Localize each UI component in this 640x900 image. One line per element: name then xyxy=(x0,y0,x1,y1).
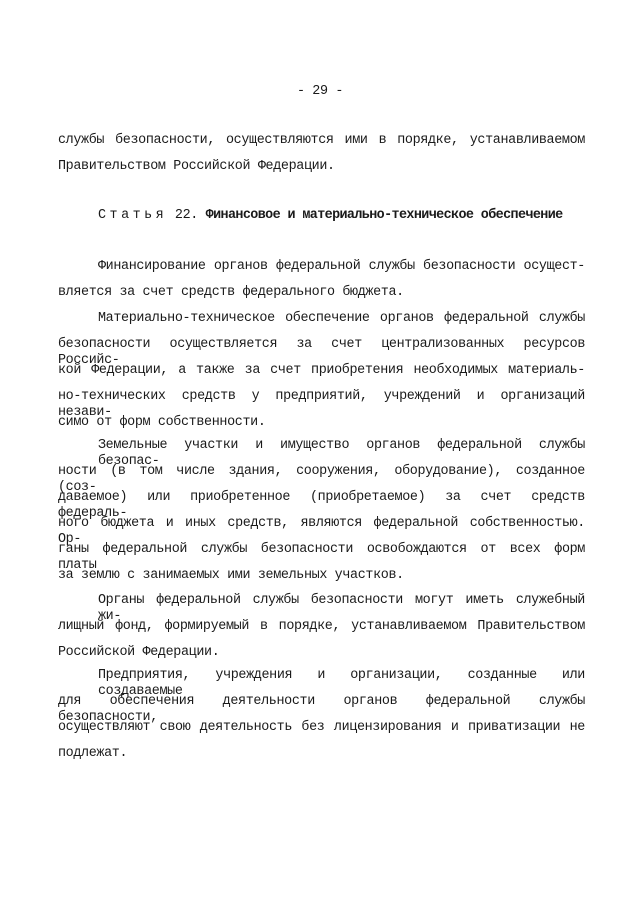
article-number: 22. xyxy=(175,208,198,223)
continuation-line: Правительством Российской Федерации. xyxy=(58,159,585,175)
paragraph-line: лищный фонд, формируемый в порядке, уста… xyxy=(58,619,585,635)
paragraph-line: вляется за счет средств федерального бюд… xyxy=(58,285,585,301)
paragraph-line: Материально-техническое обеспечение орга… xyxy=(98,311,585,327)
paragraph-line: Финансирование органов федеральной служб… xyxy=(98,259,585,275)
page-number: - 29 - xyxy=(0,84,640,100)
article-heading: Статья 22. Финансовое и материально-техн… xyxy=(98,208,585,224)
paragraph-line: симо от форм собственности. xyxy=(58,415,585,431)
continuation-line: службы безопасности, осуществляются ими … xyxy=(58,133,585,149)
paragraph-line: подлежат. xyxy=(58,746,585,762)
article-title: Финансовое и материально-техническое обе… xyxy=(206,208,563,223)
paragraph-line: Российской Федерации. xyxy=(58,645,585,661)
paragraph-line: за землю с занимаемых ими земельных учас… xyxy=(58,568,585,584)
document-page: - 29 - службы безопасности, осуществляют… xyxy=(0,0,640,900)
paragraph-line: кой Федерации, а также за счет приобрете… xyxy=(58,363,585,379)
paragraph-line: осуществляют свою деятельность без лицен… xyxy=(58,720,585,736)
article-prefix: Статья xyxy=(98,208,167,223)
